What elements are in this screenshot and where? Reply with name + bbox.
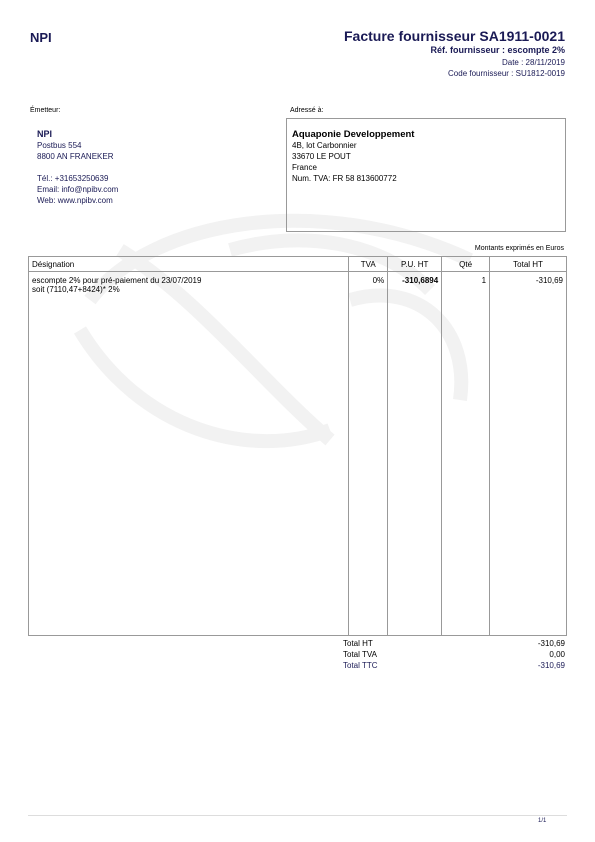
- table-row: escompte 2% pour pré-paiement du 23/07/2…: [29, 272, 567, 302]
- footer-divider: [28, 815, 567, 816]
- cell-tva: 0%: [349, 272, 388, 302]
- col-tva: TVA: [349, 257, 388, 272]
- table-header-row: Désignation TVA P.U. HT Qté Total HT: [29, 257, 567, 272]
- company-name: NPI: [30, 30, 52, 45]
- sender-phone: Tél.: +31653250639: [37, 173, 118, 184]
- invoice-lines-table: Désignation TVA P.U. HT Qté Total HT esc…: [28, 256, 567, 636]
- col-unit-price: P.U. HT: [388, 257, 442, 272]
- currency-note: Montants exprimés en Euros: [475, 245, 564, 252]
- col-total: Total HT: [490, 257, 567, 272]
- sender-label: Émetteur:: [30, 107, 60, 114]
- cell-total: -310,69: [490, 272, 567, 302]
- col-designation: Désignation: [29, 257, 349, 272]
- sender-address2: 8800 AN FRANEKER: [37, 151, 118, 162]
- cell-designation: escompte 2% pour pré-paiement du 23/07/2…: [29, 272, 349, 302]
- cell-unit-price: -310,6894: [388, 272, 442, 302]
- recipient-address1: 4B, lot Carbonnier: [292, 140, 414, 151]
- invoice-title: Facture fournisseur SA1911-0021: [344, 28, 565, 44]
- designation-line1: escompte 2% pour pré-paiement du 23/07/2…: [32, 276, 345, 285]
- recipient-block: Aquaponie Developpement 4B, lot Carbonni…: [292, 129, 414, 184]
- cell-qty: 1: [442, 272, 490, 302]
- table-filler-row: [29, 302, 567, 636]
- sender-name: NPI: [37, 129, 118, 140]
- recipient-label: Adressé à:: [290, 107, 323, 114]
- total-tva-row: Total TVA 0,00: [343, 650, 565, 659]
- recipient-country: France: [292, 162, 414, 173]
- total-ttc-value: -310,69: [538, 661, 565, 670]
- invoice-date: Date : 28/11/2019: [502, 58, 565, 67]
- total-tva-label: Total TVA: [343, 650, 377, 659]
- total-ttc-row: Total TTC -310,69: [343, 661, 565, 670]
- page-number: 1/1: [538, 818, 546, 824]
- sender-web: Web: www.npibv.com: [37, 195, 118, 206]
- supplier-ref: Réf. fournisseur : escompte 2%: [430, 45, 565, 55]
- total-ht-row: Total HT -310,69: [343, 639, 565, 648]
- total-ttc-label: Total TTC: [343, 661, 378, 670]
- recipient-name: Aquaponie Developpement: [292, 129, 414, 140]
- recipient-address2: 33670 LE POUT: [292, 151, 414, 162]
- supplier-code: Code fournisseur : SU1812-0019: [448, 69, 565, 78]
- sender-email: Email: info@npibv.com: [37, 184, 118, 195]
- total-ht-label: Total HT: [343, 639, 373, 648]
- total-tva-value: 0,00: [549, 650, 565, 659]
- total-ht-value: -310,69: [538, 639, 565, 648]
- designation-line2: soit (7110,47+8424)* 2%: [32, 285, 345, 294]
- recipient-vat: Num. TVA: FR 58 813600772: [292, 173, 414, 184]
- sender-block: NPI Postbus 554 8800 AN FRANEKER Tél.: +…: [37, 129, 118, 206]
- col-qty: Qté: [442, 257, 490, 272]
- sender-address1: Postbus 554: [37, 140, 118, 151]
